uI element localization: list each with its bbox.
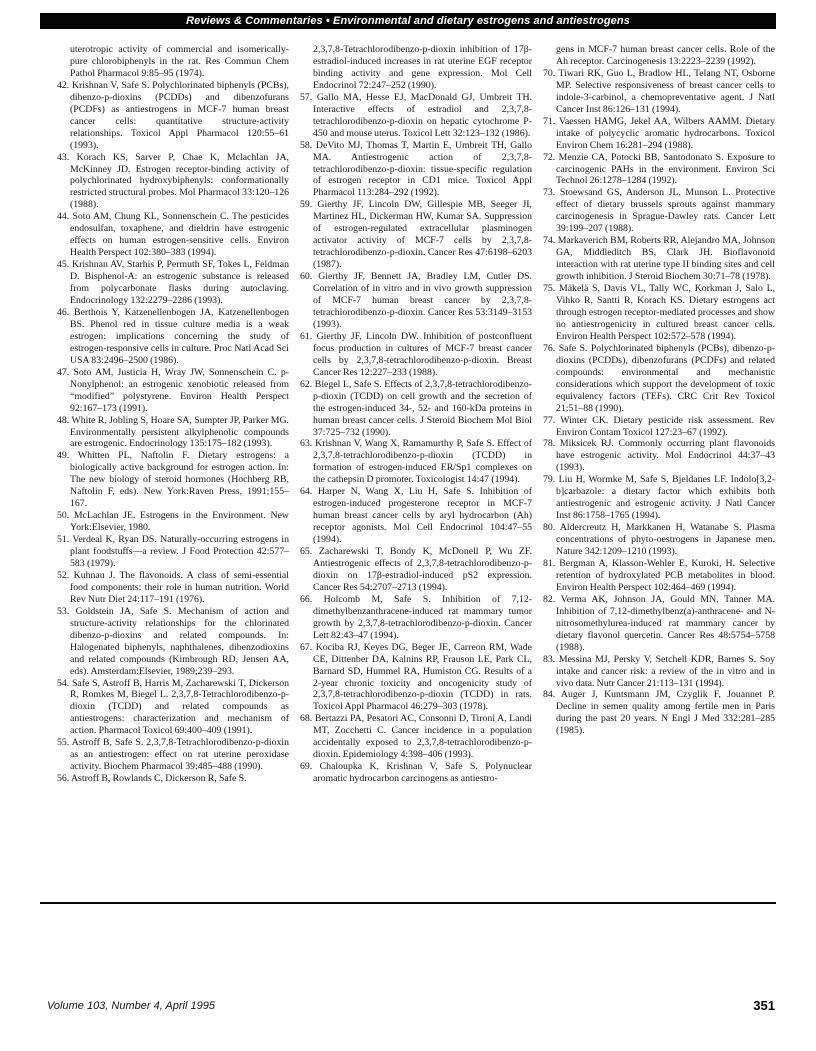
- reference-number: 79.: [543, 474, 555, 485]
- reference-number: 61.: [300, 331, 312, 342]
- reference-item: 59. Gierthy JF, Lincoln DW, Gillespie MB…: [300, 199, 532, 271]
- reference-number: 68.: [300, 713, 312, 724]
- reference-number: 69.: [300, 761, 312, 772]
- reference-item: 76. Safe S. Polychlorinated biphenyls (P…: [543, 343, 775, 415]
- references-column-2: 2,3,7,8-Tetrachlorodibenzo-p-dioxin inhi…: [300, 44, 532, 785]
- reference-number: 64.: [300, 486, 312, 497]
- reference-item: 49. Whitten PL, Naftolin F. Dietary estr…: [57, 450, 289, 510]
- reference-item: 79. Liu H, Wormke M, Safe S, Bjeldanes L…: [543, 474, 775, 522]
- reference-number: 51.: [57, 534, 69, 545]
- reference-item: 74. Markaverich BM, Roberts RR, Alejandr…: [543, 235, 775, 283]
- reference-item: gens in MCF-7 human breast cancer cells.…: [543, 44, 775, 68]
- reference-text: Holcomb M, Safe S. Inhibition of 7,12-di…: [313, 594, 532, 641]
- reference-item: 72. Menzie CA, Potocki BB, Santodonato S…: [543, 152, 775, 188]
- reference-number: 70.: [543, 68, 555, 79]
- reference-text: Auger J, Kuntsmann JM, Czyglik F, Jouann…: [556, 689, 775, 736]
- reference-number: 57.: [300, 92, 312, 103]
- reference-number: 76.: [543, 343, 555, 354]
- reference-text: Messina MJ, Persky V, Setchell KDR, Barn…: [556, 654, 775, 689]
- reference-text: Whitten PL, Naftolin F. Dietary estrogen…: [70, 450, 289, 509]
- reference-text: Aldercreutz H, Markkanen H, Watanabe S. …: [556, 522, 775, 557]
- reference-number: 54.: [57, 678, 69, 689]
- reference-number: 45.: [57, 259, 69, 270]
- references-column-3: gens in MCF-7 human breast cancer cells.…: [543, 44, 775, 785]
- section-header-bar: Reviews & Commentaries • Environmental a…: [40, 13, 776, 29]
- reference-text: Korach KS, Sarver P, Chae K, Mclachlan J…: [70, 152, 289, 211]
- reference-item: 60. Gierthy JF, Bennett JA, Bradley LM, …: [300, 271, 532, 331]
- reference-text: Menzie CA, Potocki BB, Santodonato S. Ex…: [556, 152, 775, 187]
- reference-text: Krishnan AV, Starhis P, Permuth SF, Toke…: [70, 259, 289, 306]
- reference-item: 68. Bertazzi PA, Pesatori AC, Consonni D…: [300, 713, 532, 761]
- reference-text: DeVito MJ, Thomas T, Martin E, Umbreit T…: [313, 140, 532, 199]
- reference-text: Krishnan V, Safe S. Polychlorinated biph…: [70, 80, 289, 151]
- reference-item: 52. Kuhnau J. The flavonoids. A class of…: [57, 570, 289, 606]
- reference-number: 80.: [543, 522, 555, 533]
- reference-number: 73.: [543, 187, 555, 198]
- reference-item: 51. Verdeal K, Ryan DS. Naturally-occurr…: [57, 534, 289, 570]
- reference-text: Markaverich BM, Roberts RR, Alejandro MA…: [556, 235, 775, 282]
- reference-text: Astroff B, Safe S. 2,3,7,8-Tetrachlorodi…: [70, 737, 289, 772]
- reference-number: 52.: [57, 570, 69, 581]
- reference-text: Kuhnau J. The flavonoids. A class of sem…: [70, 570, 289, 605]
- reference-item: 75. Mäkelä S, Davis VL, Tally WC, Korkma…: [543, 283, 775, 343]
- reference-number: 71.: [543, 116, 555, 127]
- reference-text: Astroff B, Rowlands C, Dickerson R, Safe…: [71, 773, 247, 784]
- reference-number: 78.: [543, 438, 555, 449]
- reference-text: Safe S. Polychlorinated biphenyls (PCBs)…: [556, 343, 775, 414]
- reference-number: 74.: [543, 235, 555, 246]
- reference-item: 43. Korach KS, Sarver P, Chae K, Mclachl…: [57, 152, 289, 212]
- reference-text: Harper N, Wang X, Liu H, Safe S. Inhibit…: [313, 486, 532, 545]
- reference-number: 83.: [543, 654, 555, 665]
- reference-number: 49.: [57, 450, 69, 461]
- reference-item: uterotropic activity of commercial and i…: [57, 44, 289, 80]
- reference-text: Zacharewski T, Bondy K, McDonell P, Wu Z…: [313, 546, 532, 593]
- reference-number: 82.: [543, 594, 555, 605]
- reference-number: 63.: [300, 438, 312, 449]
- reference-number: 62.: [300, 379, 312, 390]
- reference-item: 48. White R, Jobling S, Hoare SA, Sumpte…: [57, 415, 289, 451]
- reference-number: 46.: [57, 307, 69, 318]
- reference-item: 2,3,7,8-Tetrachlorodibenzo-p-dioxin inhi…: [300, 44, 532, 92]
- reference-text: Safe S, Astroff B, Harris M, Zacharewski…: [70, 678, 289, 737]
- reference-number: 72.: [543, 152, 555, 163]
- reference-item: 73. Stoewsand GS, Anderson JL, Munson L.…: [543, 187, 775, 235]
- reference-number: 75.: [543, 283, 555, 294]
- reference-number: 65.: [300, 546, 312, 557]
- reference-item: 54. Safe S, Astroff B, Harris M, Zachare…: [57, 678, 289, 738]
- reference-text: Stoewsand GS, Anderson JL, Munson L. Pro…: [556, 187, 775, 234]
- reference-text: 2,3,7,8-Tetrachlorodibenzo-p-dioxin inhi…: [313, 44, 532, 91]
- footer-page-number: 351: [753, 998, 775, 1013]
- reference-item: 67. Kociba RJ, Keyes DG, Beger JE, Carre…: [300, 642, 532, 714]
- reference-text: gens in MCF-7 human breast cancer cells.…: [556, 44, 775, 67]
- reference-item: 71. Vaessen HAMG, Jekel AA, Wilbers AAMM…: [543, 116, 775, 152]
- reference-item: 44. Soto AM, Chung KL, Sonnenschein C. T…: [57, 211, 289, 259]
- reference-text: Gierthy JF, Lincoln DW. Inhibition of po…: [313, 331, 532, 378]
- reference-text: Vaessen HAMG, Jekel AA, Wilbers AAMM. Di…: [556, 116, 775, 151]
- reference-item: 63. Krishnan V, Wang X, Ramamurthy P, Sa…: [300, 438, 532, 486]
- section-header-title: Reviews & Commentaries • Environmental a…: [186, 15, 630, 27]
- reference-number: 77.: [543, 415, 555, 426]
- reference-item: 78. Miksicek RJ. Commonly occurring plan…: [543, 438, 775, 474]
- reference-text: Winter CK. Dietary pesticide risk assess…: [556, 415, 775, 438]
- reference-item: 45. Krishnan AV, Starhis P, Permuth SF, …: [57, 259, 289, 307]
- reference-item: 64. Harper N, Wang X, Liu H, Safe S. Inh…: [300, 486, 532, 546]
- reference-number: 60.: [300, 271, 312, 282]
- reference-text: Gallo MA, Hesse EJ, MacDonald GJ, Umbrei…: [313, 92, 532, 139]
- footer-journal-line: Volume 103, Number 4, April 1995: [47, 1000, 215, 1012]
- reference-item: 66. Holcomb M, Safe S. Inhibition of 7,1…: [300, 594, 532, 642]
- reference-item: 58. DeVito MJ, Thomas T, Martin E, Umbre…: [300, 140, 532, 200]
- reference-text: Goldstein JA, Safe S. Mechanism of actio…: [70, 606, 289, 677]
- reference-number: 66.: [300, 594, 312, 605]
- reference-text: Gierthy JF, Bennett JA, Bradley LM, Cutl…: [313, 271, 532, 330]
- reference-item: 69. Chaloupka K, Krishnan V, Safe S. Pol…: [300, 761, 532, 785]
- reference-number: 53.: [57, 606, 69, 617]
- reference-text: Verma AK, Johnson JA, Gould MN, Tanner M…: [556, 594, 775, 653]
- reference-item: 77. Winter CK. Dietary pesticide risk as…: [543, 415, 775, 439]
- reference-number: 81.: [543, 558, 555, 569]
- reference-number: 42.: [57, 80, 69, 91]
- reference-text: Soto AM, Justicia H, Wray JW, Sonnensche…: [70, 367, 289, 414]
- reference-number: 56.: [57, 773, 69, 784]
- reference-number: 50.: [57, 510, 69, 521]
- reference-item: 62. Biegel L, Safe S. Effects of 2,3,7,8…: [300, 379, 532, 439]
- reference-number: 84.: [543, 689, 555, 700]
- reference-number: 58.: [300, 140, 312, 151]
- reference-text: uterotropic activity of commercial and i…: [70, 44, 289, 79]
- reference-text: Tiwari RK, Guo L, Bradlow HL, Telang NT,…: [556, 68, 775, 115]
- reference-text: Bertazzi PA, Pesatori AC, Consonni D, Ti…: [313, 713, 532, 760]
- reference-number: 48.: [57, 415, 69, 426]
- reference-item: 56. Astroff B, Rowlands C, Dickerson R, …: [57, 773, 289, 785]
- reference-number: 59.: [300, 199, 312, 210]
- reference-item: 83. Messina MJ, Persky V, Setchell KDR, …: [543, 654, 775, 690]
- reference-number: 47.: [57, 367, 69, 378]
- reference-item: 53. Goldstein JA, Safe S. Mechanism of a…: [57, 606, 289, 678]
- reference-number: 43.: [57, 152, 69, 163]
- reference-text: Liu H, Wormke M, Safe S, Bjeldanes LF. I…: [556, 474, 775, 521]
- reference-text: Krishnan V, Wang X, Ramamurthy P, Safe S…: [313, 438, 532, 485]
- reference-text: Verdeal K, Ryan DS. Naturally-occurring …: [70, 534, 289, 569]
- reference-number: 67.: [300, 642, 312, 653]
- reference-text: Biegel L, Safe S. Effects of 2,3,7,8-tet…: [313, 379, 532, 438]
- reference-item: 55. Astroff B, Safe S. 2,3,7,8-Tetrachlo…: [57, 737, 289, 773]
- reference-number: 44.: [57, 211, 69, 222]
- reference-text: Kociba RJ, Keyes DG, Beger JE, Carreon R…: [313, 642, 532, 713]
- reference-text: Gierthy JF, Lincoln DW, Gillespie MB, Se…: [313, 199, 532, 270]
- reference-item: 70. Tiwari RK, Guo L, Bradlow HL, Telang…: [543, 68, 775, 116]
- reference-number: 55.: [57, 737, 69, 748]
- reference-item: 50. McLachlan JE. Estrogens in the Envir…: [57, 510, 289, 534]
- reference-item: 61. Gierthy JF, Lincoln DW. Inhibition o…: [300, 331, 532, 379]
- reference-item: 42. Krishnan V, Safe S. Polychlorinated …: [57, 80, 289, 152]
- reference-text: Soto AM, Chung KL, Sonnenschein C. The p…: [70, 211, 289, 258]
- reference-item: 65. Zacharewski T, Bondy K, McDonell P, …: [300, 546, 532, 594]
- reference-item: 80. Aldercreutz H, Markkanen H, Watanabe…: [543, 522, 775, 558]
- reference-item: 47. Soto AM, Justicia H, Wray JW, Sonnen…: [57, 367, 289, 415]
- references-column-1: uterotropic activity of commercial and i…: [57, 44, 289, 785]
- reference-item: 84. Auger J, Kuntsmann JM, Czyglik F, Jo…: [543, 689, 775, 737]
- reference-item: 57. Gallo MA, Hesse EJ, MacDonald GJ, Um…: [300, 92, 532, 140]
- reference-text: Miksicek RJ. Commonly occurring plant fl…: [556, 438, 775, 473]
- footer-divider: [40, 902, 776, 904]
- reference-text: Mäkelä S, Davis VL, Tally WC, Korkman J,…: [556, 283, 775, 342]
- reference-item: 46. Berthois Y, Katzenellenbogen JA, Kat…: [57, 307, 289, 367]
- reference-item: 82. Verma AK, Johnson JA, Gould MN, Tann…: [543, 594, 775, 654]
- reference-text: Bergman A, Klasson-Wehler E, Kuroki, H. …: [556, 558, 775, 593]
- reference-text: White R, Jobling S, Hoare SA, Sumpter JP…: [70, 415, 289, 450]
- references-columns: uterotropic activity of commercial and i…: [57, 44, 775, 785]
- reference-text: Berthois Y, Katzenellenbogen JA, Katzene…: [70, 307, 289, 366]
- reference-item: 81. Bergman A, Klasson-Wehler E, Kuroki,…: [543, 558, 775, 594]
- reference-text: McLachlan JE. Estrogens in the Environme…: [70, 510, 289, 533]
- reference-text: Chaloupka K, Krishnan V, Safe S. Polynuc…: [313, 761, 532, 784]
